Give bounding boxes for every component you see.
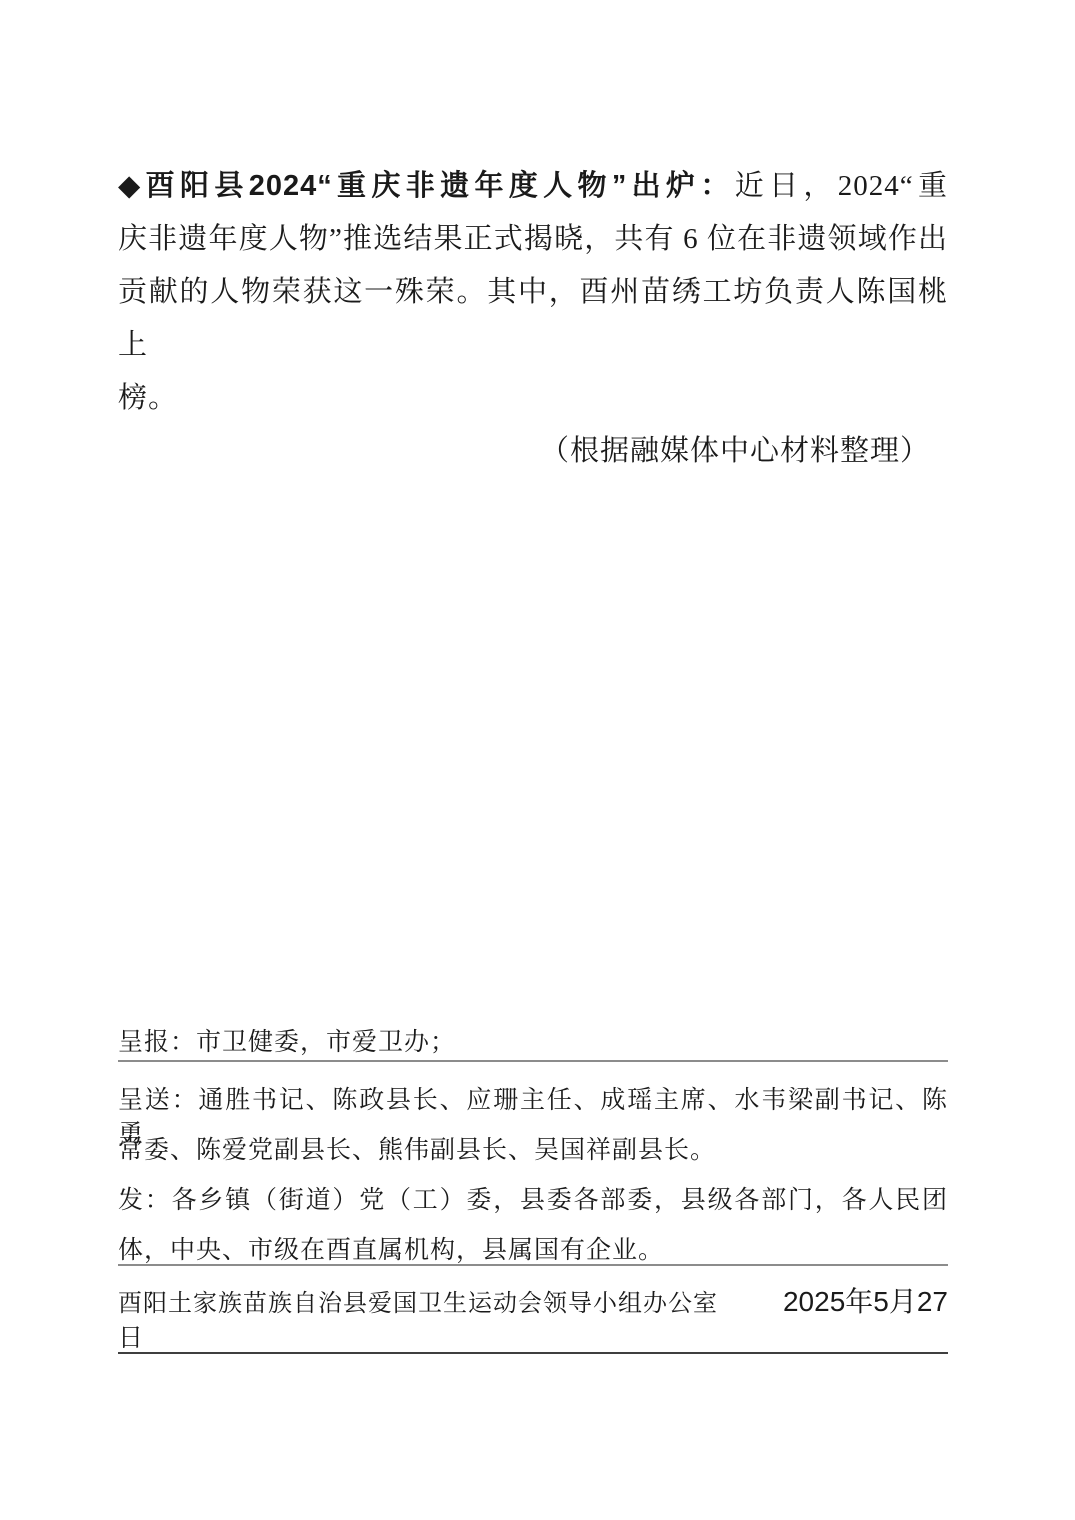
issue-date: 2025年5月27 [783, 1280, 948, 1320]
source-attribution: （根据融媒体中心材料整理） [118, 425, 948, 478]
paragraph-line-3: 贡献的人物荣获这一殊荣。其中，酉州苗绣工坊负责人陈国桃上 [118, 266, 948, 372]
divider-line-top [118, 1060, 948, 1062]
divider-line-middle [118, 1264, 948, 1266]
issuing-office-name: 酉阳土家族苗族自治县爱国卫生运动会领导小组办公室 [118, 1283, 718, 1318]
report-to-line: 呈报：市卫健委，市爱卫办； [118, 1026, 948, 1060]
paragraph-line-4: 榜。 [118, 372, 948, 425]
document-page: ◆酉阳县2024“重庆非遗年度人物”出炉：近日，2024“重 庆非遗年度人物”推… [0, 0, 1075, 1520]
paragraph-line-1: ◆酉阳县2024“重庆非遗年度人物”出炉：近日，2024“重 [118, 160, 948, 213]
issue-date-wrapped-char: 日 [118, 1322, 948, 1356]
news-paragraph: ◆酉阳县2024“重庆非遗年度人物”出炉：近日，2024“重 庆非遗年度人物”推… [118, 160, 948, 478]
news-item-headline: ◆酉阳县2024“重庆非遗年度人物”出炉： [118, 170, 735, 202]
divider-line-bottom [118, 1352, 948, 1354]
issued-to-line-1: 发：各乡镇（街道）党（工）委，县委各部委，县级各部门，各人民团 [118, 1184, 948, 1218]
issued-to-line-2: 体，中央、市级在酉直属机构，县属国有企业。 [118, 1234, 948, 1268]
news-item-body-start: 近日，2024“重 [735, 170, 948, 202]
issuer-row: 酉阳土家族苗族自治县爱国卫生运动会领导小组办公室 2025年5月27 [118, 1280, 948, 1320]
paragraph-line-2: 庆非遗年度人物”推选结果正式揭晓，共有 6 位在非遗领域作出 [118, 213, 948, 266]
send-to-line-2: 常委、陈爱党副县长、熊伟副县长、吴国祥副县长。 [118, 1134, 948, 1168]
